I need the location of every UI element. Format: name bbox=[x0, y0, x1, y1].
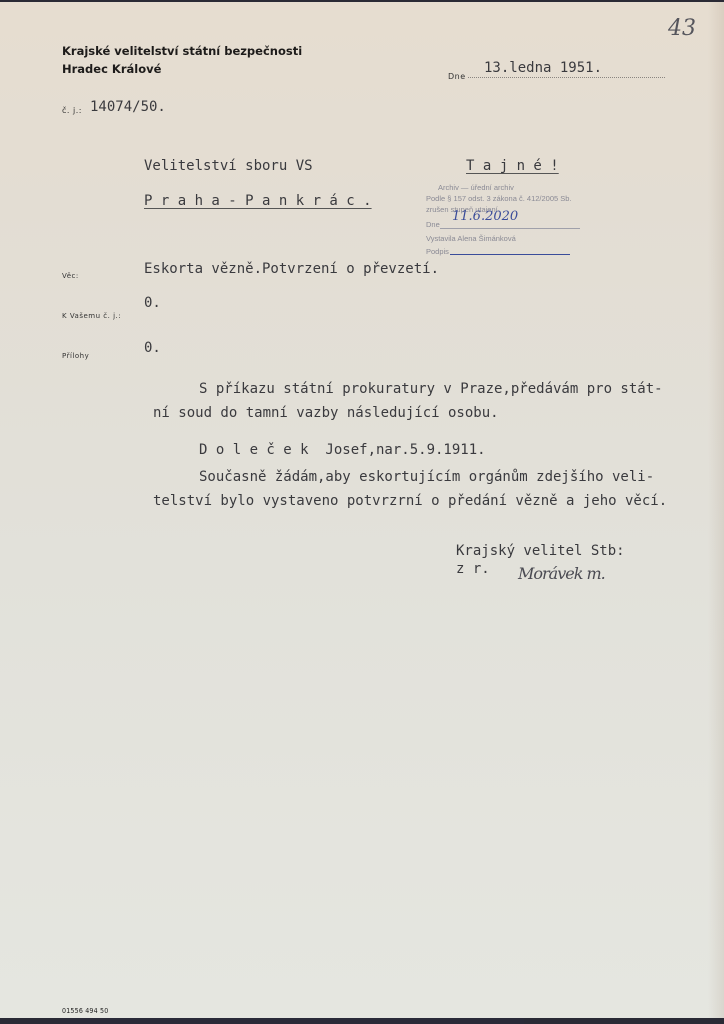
your-ref-label: K Vašemu č. j.: bbox=[62, 312, 121, 320]
ref-value: 14074/50. bbox=[90, 99, 166, 115]
classification-mark: T a j n é ! bbox=[466, 158, 559, 174]
subject-label: Věc: bbox=[62, 272, 79, 280]
stamp-archive-line: Archiv — úřední archiv bbox=[438, 182, 514, 193]
handwritten-page-number: 43 bbox=[668, 16, 696, 41]
stamp-date-value: 11.6.2020 bbox=[452, 211, 518, 222]
stamp-date-label: Dne bbox=[426, 219, 440, 230]
stamp-law-line: Podle § 157 odst. 3 zákona č. 412/2005 S… bbox=[426, 193, 572, 204]
body-para2-line2: telství bylo vystaveno potvrzrní o předá… bbox=[153, 493, 667, 509]
handwritten-signature: Morávek m. bbox=[518, 564, 605, 583]
declassification-stamp: Archiv — úřední archiv Podle § 157 odst.… bbox=[426, 182, 606, 264]
body-para1-line1: S příkazu státní prokuratury v Praze,pře… bbox=[199, 381, 663, 397]
body-para1-line2: ní soud do tamní vazby následující osobu… bbox=[153, 405, 499, 421]
recipient-line2: P r a h a - P a n k r á c . bbox=[144, 193, 372, 209]
scan-edge-shadow bbox=[60, 1018, 524, 1024]
attachments-value: 0. bbox=[144, 340, 161, 356]
org-city: Hradec Králové bbox=[62, 62, 161, 76]
date-label: Dne bbox=[448, 72, 466, 81]
ref-label: č. j.: bbox=[62, 106, 82, 115]
date-field: 13.ledna 1951. bbox=[468, 60, 665, 78]
document-page: 43 Krajské velitelství státní bezpečnost… bbox=[0, 2, 724, 1018]
recipient-line1: Velitelství sboru VS bbox=[144, 158, 313, 174]
your-ref-value: 0. bbox=[144, 295, 161, 311]
stamp-issued-by: Vystavila Alena Šimánková bbox=[426, 233, 516, 244]
body-person: D o l e č e k Josef,nar.5.9.1911. bbox=[199, 442, 486, 458]
stamp-signature-label: Podpis bbox=[426, 246, 449, 257]
org-name: Krajské velitelství státní bezpečnosti bbox=[62, 44, 302, 58]
body-para2-line1: Současně žádám,aby eskortujícím orgánům … bbox=[199, 469, 654, 485]
signature-zr: z r. bbox=[456, 561, 490, 577]
signature-title: Krajský velitel Stb: bbox=[456, 543, 625, 559]
attachments-label: Přílohy bbox=[62, 352, 89, 360]
date-value: 13.ledna 1951. bbox=[484, 60, 602, 76]
form-number: 01556 494 50 bbox=[62, 1007, 108, 1015]
subject-value: Eskorta vězně.Potvrzení o převzetí. bbox=[144, 261, 439, 277]
